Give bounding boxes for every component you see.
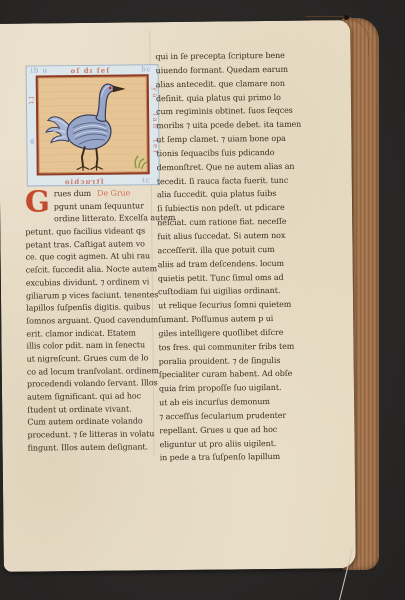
frame-inscription: bc: [141, 66, 151, 73]
frame-inscription: tc: [142, 177, 151, 184]
frame-inscription-mirrored: ſtruchio: [64, 178, 104, 185]
text-line: poralia prouident. ⁊ de ſingulis: [159, 353, 305, 368]
frame-inscription: ib u: [31, 67, 49, 74]
text-line-start: rues dum: [54, 189, 92, 198]
frame-inscription: oſ dı ſeſ: [71, 67, 111, 74]
text-line: in pede a tra ſuſpenſo lapillum: [160, 450, 306, 465]
text-lines: ordine litterato. Excelſa autempetunt. q…: [25, 213, 160, 455]
manuscript-page: ib u oſ dı ſeſ bc ya lan ter ſt w ſtruch…: [0, 20, 356, 572]
text-line: ut nigreſcunt. Grues cum de lo: [27, 352, 159, 366]
crane-illustration: [38, 76, 148, 173]
text-line: alia ſuccedit. quia platus ſuibs: [157, 187, 303, 202]
text-line: fuit alius ſuccedat. Si autem nox: [157, 229, 303, 244]
text-column-right: qui in ſe precepta ſcripture beneuiuendo…: [155, 49, 305, 466]
text-line: ut ſemp clamet. ⁊ uiam bone opa: [156, 132, 302, 147]
text-line: neſciat. cum ratione fiat. neceſſe: [157, 215, 303, 230]
text-line: lapillos ſuſpenſis digitis. quibus: [26, 301, 158, 315]
frame-inscription: w: [28, 138, 35, 146]
miniature-panel: [36, 74, 150, 175]
text-line: qui in ſe precepta ſcripture bene: [155, 49, 301, 64]
corner-speck: [344, 15, 349, 20]
text-line: repellant. Grues u que ad hoc: [159, 422, 305, 437]
text-line: fingunt. Illos autem deſignant.: [28, 441, 160, 455]
text-lines: qui in ſe precepta ſcripture beneuiuendo…: [155, 49, 305, 466]
initial-letter: G: [25, 189, 50, 214]
text-line: petunt. quo facilius videant qs: [25, 225, 157, 239]
text-line: tos fres. qui communiter fribs tem: [158, 339, 304, 354]
text-line: ut ab eis incurſus demonum: [159, 395, 305, 410]
text-line: ſpecialiter curam habent. Ad obſe: [159, 367, 305, 382]
text-line: tecedit. ſi rauca facta fuerit. tunc: [157, 173, 303, 188]
text-line: ſi ſubiectis non pdeſt. ut pdicare: [157, 201, 303, 216]
text-line: acceſſerit. illa que potuit cum: [157, 242, 303, 257]
photo-of-manuscript: ib u oſ dı ſeſ bc ya lan ter ſt w ſtruch…: [0, 0, 405, 600]
text-line: ut relique ſecurius ſomni quietem: [158, 298, 304, 313]
text-line: aliis ad tram deſcendens. locum: [158, 256, 304, 271]
text-line: eliguntur ut pro aliis uigilent.: [159, 436, 305, 451]
text-line: autem ſignificant. qui ad hoc: [27, 390, 159, 404]
miniature-frame: ib u oſ dı ſeſ bc ya lan ter ſt w ſtruch…: [26, 64, 160, 186]
text-line: excubias dividunt. ⁊ ordinem vi: [26, 276, 158, 290]
text-line: alias antecedit. que clamare non: [156, 76, 302, 91]
text-line: quietis petit. Tunc ſimul oms ad: [158, 270, 304, 285]
text-line: ſomnos arguant. Quod cavendum: [26, 314, 158, 328]
text-line: giles intelligere quoſlibet diſcre: [158, 326, 304, 341]
frame-inscription: ſt: [27, 96, 34, 105]
text-line: moribs ⁊ uita pcede debet. ita tamen: [156, 118, 302, 133]
text-line: tionis ſequacibs ſuis pdicando: [156, 146, 302, 161]
text-line: quia frim propoſſe ſuo uigilant.: [159, 381, 305, 396]
text-line: ceſcit. ſuccedit alia. Nocte autem: [26, 263, 158, 277]
text-line: cum regiminis obtinet. ſuos ſeqces: [156, 104, 302, 119]
rubric: De Grue: [97, 188, 130, 197]
text-line: uiuendo formant. Quedam earum: [156, 63, 302, 78]
text-line: ⁊ acceſſus ſecularium prudenter: [159, 409, 305, 424]
text-line: deſinit. quia platus qui primo lo: [156, 90, 302, 105]
text-column-left: G rues dumDe Grue pgunt unam ſequuntur o…: [25, 187, 160, 455]
text-line: procedunt. ⁊ ſe litteras in volatu: [27, 428, 159, 442]
text-line: demonſtret. Que ne autem alias an: [157, 159, 303, 174]
